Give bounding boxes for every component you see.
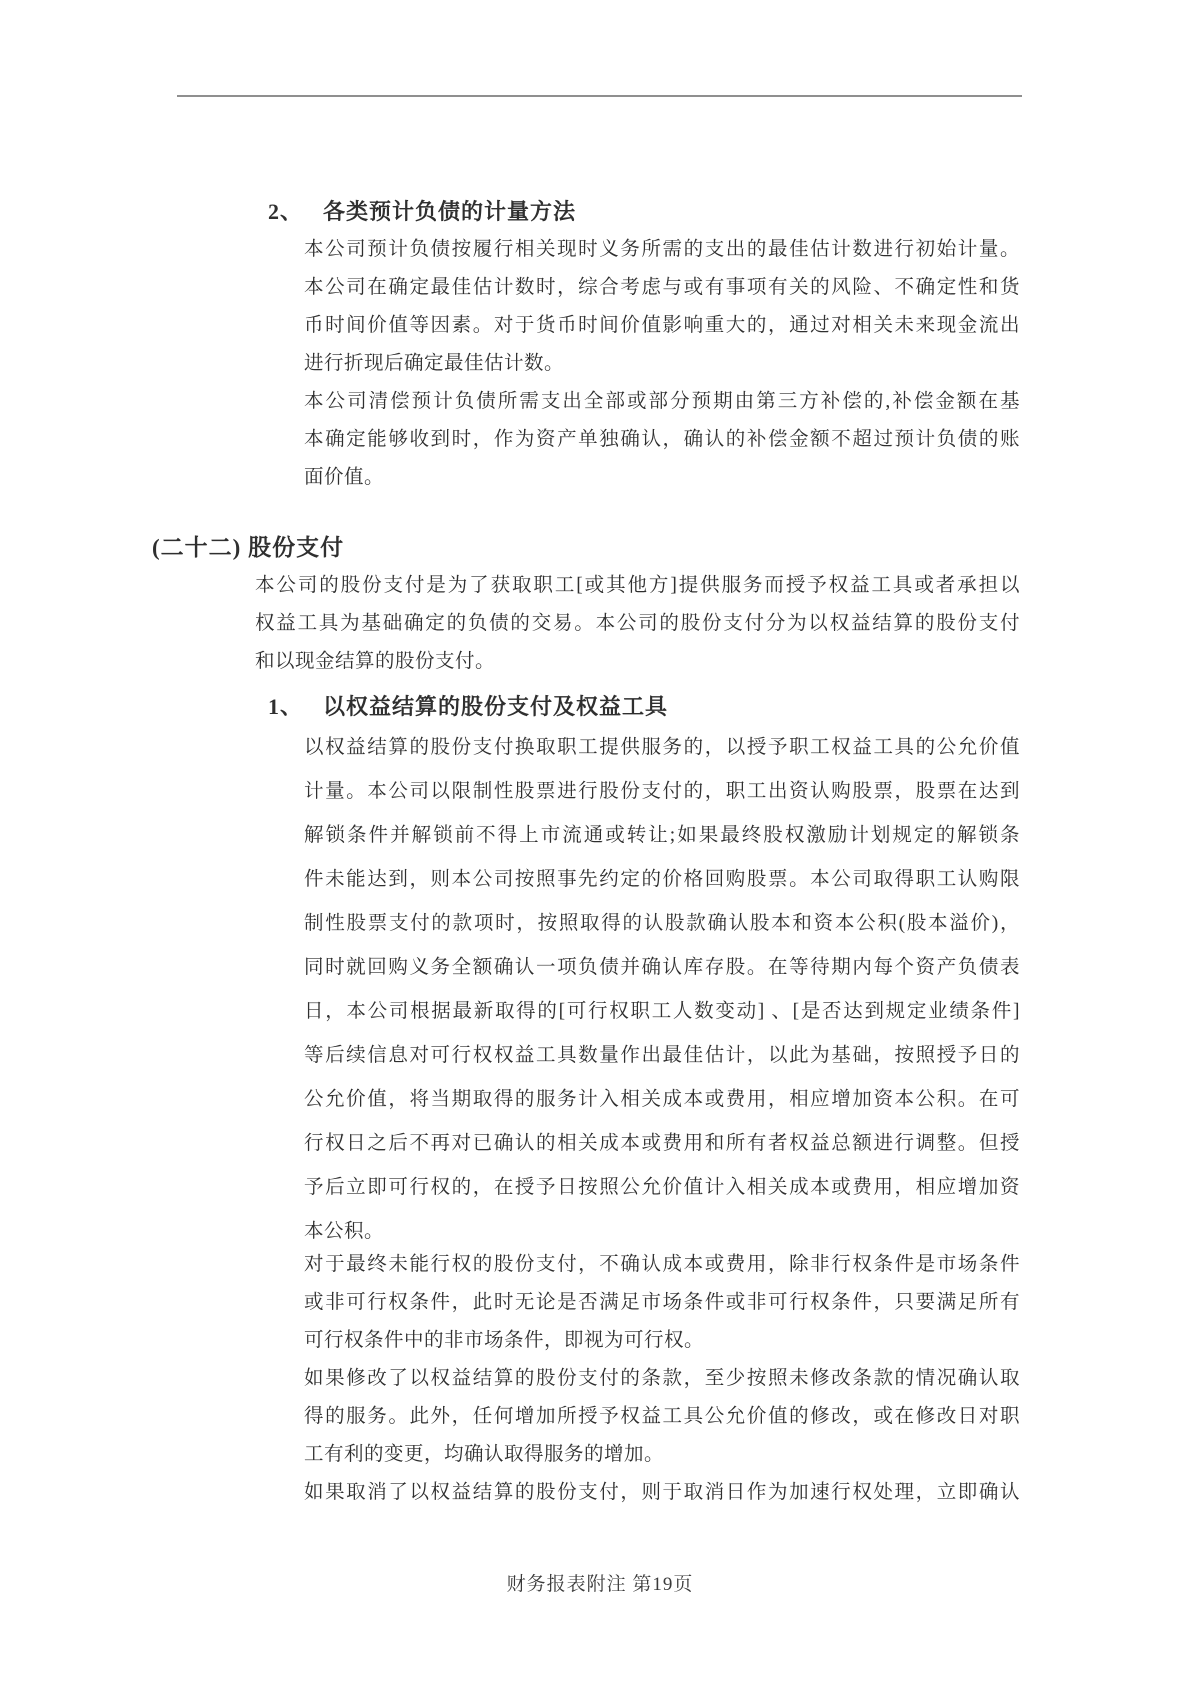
text-line: 公允价值，将当期取得的服务计入相关成本或费用，相应增加资本公积。在可 [304,1078,1020,1122]
text-line: 如果取消了以权益结算的股份支付，则于取消日作为加速行权处理，立即确认 [304,1474,1020,1512]
heading-number: 2、 [268,193,323,231]
document-body: 2、各类预计负债的计量方法本公司预计负债按履行相关现时义务所需的支出的最佳估计数… [0,193,1200,1512]
text-line: 权益工具为基础确定的负债的交易。本公司的股份支付分为以权益结算的股份支付 [255,605,1020,643]
footer-text: 财务报表附注 第19页 [507,1574,694,1595]
text-line: 或非可行权条件，此时无论是否满足市场条件或非可行权条件，只要满足所有 [304,1284,1020,1322]
text-line: 同时就回购义务全额确认一项负债并确认库存股。在等待期内每个资产负债表 [304,946,1020,990]
text-line: 予后立即可行权的，在授予日按照公允价值计入相关成本或费用，相应增加资 [304,1166,1020,1210]
page-footer: 财务报表附注 第19页 [0,1566,1200,1604]
paragraph: 如果修改了以权益结算的股份支付的条款，至少按照未修改条款的情况确认取得的服务。此… [304,1360,1020,1474]
text-line: 制性股票支付的款项时，按照取得的认股款确认股本和资本公积(股本溢价)， [304,902,1020,946]
paragraph: 以权益结算的股份支付换取职工提供服务的，以授予职工权益工具的公允价值计量。本公司… [304,726,1020,1254]
text-line: 工有利的变更，均确认取得服务的增加。 [304,1436,1020,1474]
text-line: 本公司预计负债按履行相关现时义务所需的支出的最佳估计数进行初始计量。 [304,231,1020,269]
header-rule [177,95,1022,97]
text-line: 可行权条件中的非市场条件，即视为可行权。 [304,1322,1020,1360]
text-line: 件未能达到，则本公司按照事先约定的价格回购股票。本公司取得职工认购限 [304,858,1020,902]
text-line: 和以现金结算的股份支付。 [255,643,1020,681]
heading-title: 各类预计负债的计量方法 [323,199,576,224]
paragraph: 本公司清偿预计负债所需支出全部或部分预期由第三方补偿的,补偿金额在基本确定能够收… [304,383,1020,497]
text-line: 行权日之后不再对已确认的相关成本或费用和所有者权益总额进行调整。但授 [304,1122,1020,1166]
heading-title: 以权益结算的股份支付及权益工具 [323,694,668,719]
text-line: 币时间价值等因素。对于货币时间价值影响重大的，通过对相关未来现金流出 [304,307,1020,345]
numbered-heading: 1、以权益结算的股份支付及权益工具 [268,688,1200,726]
text-line: 解锁条件并解锁前不得上市流通或转让;如果最终股权激励计划规定的解锁条 [304,814,1020,858]
text-line: 本确定能够收到时，作为资产单独确认，确认的补偿金额不超过预计负债的账 [304,421,1020,459]
paragraph: 如果取消了以权益结算的股份支付，则于取消日作为加速行权处理，立即确认 [304,1474,1020,1512]
text-line: 进行折现后确定最佳估计数。 [304,345,1020,383]
text-line: 以权益结算的股份支付换取职工提供服务的，以授予职工权益工具的公允价值 [304,726,1020,770]
text-line: 等后续信息对可行权权益工具数量作出最佳估计，以此为基础，按照授予日的 [304,1034,1020,1078]
paragraph: 对于最终未能行权的股份支付，不确认成本或费用，除非行权条件是市场条件或非可行权条… [304,1246,1020,1360]
text-line: 日，本公司根据最新取得的[可行权职工人数变动] 、[是否达到规定业绩条件] [304,990,1020,1034]
text-line: 面价值。 [304,459,1020,497]
heading-number: 1、 [268,688,323,726]
paragraph: 本公司的股份支付是为了获取职工[或其他方]提供服务而授予权益工具或者承担以权益工… [255,567,1020,681]
text-line: 得的服务。此外，任何增加所授予权益工具公允价值的修改，或在修改日对职 [304,1398,1020,1436]
text-line: 如果修改了以权益结算的股份支付的条款，至少按照未修改条款的情况确认取 [304,1360,1020,1398]
text-line: 对于最终未能行权的股份支付，不确认成本或费用，除非行权条件是市场条件 [304,1246,1020,1284]
section-heading: (二十二) 股份支付 [152,529,1200,567]
text-line: 本公司在确定最佳估计数时，综合考虑与或有事项有关的风险、不确定性和货 [304,269,1020,307]
numbered-heading: 2、各类预计负债的计量方法 [268,193,1200,231]
document-page: 2、各类预计负债的计量方法本公司预计负债按履行相关现时义务所需的支出的最佳估计数… [0,0,1200,1697]
text-line: 本公司清偿预计负债所需支出全部或部分预期由第三方补偿的,补偿金额在基 [304,383,1020,421]
text-line: 计量。本公司以限制性股票进行股份支付的，职工出资认购股票，股票在达到 [304,770,1020,814]
paragraph: 本公司预计负债按履行相关现时义务所需的支出的最佳估计数进行初始计量。本公司在确定… [304,231,1020,383]
text-line: 本公司的股份支付是为了获取职工[或其他方]提供服务而授予权益工具或者承担以 [255,567,1020,605]
